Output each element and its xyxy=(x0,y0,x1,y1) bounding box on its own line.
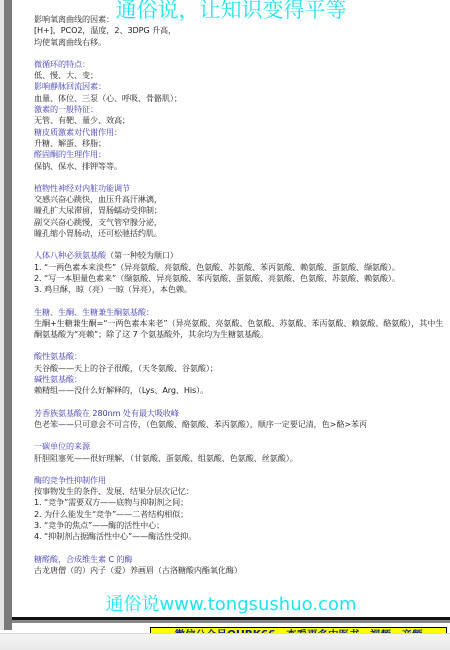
text-line: 3. “竞争的焦点”——酶的活性中心； xyxy=(34,520,444,531)
text-line: 影响氧离曲线的因素： xyxy=(34,14,444,25)
text-line: 副交兴奋心跳慢，支气管窄腺分泌， xyxy=(34,217,444,228)
heading-note: （第一种较为顺口） xyxy=(106,250,178,260)
text-line: 均使氧离曲线右移。 xyxy=(34,37,444,48)
text-line: 1. “一两色素本来淡些”（异亮氨酸、亮氨酸、色氨酸、苏氨酸、苯丙氨酸、赖氨酸、… xyxy=(34,262,444,273)
section-heading: 酸性氨基酸： xyxy=(34,351,444,362)
text-line: 瞳孔缩小胃肠动，还可松驰括约肌。 xyxy=(34,228,444,239)
section-heading: 激素的一般特征： xyxy=(34,104,444,115)
text-line: 按事物发生的条件、发展、结果分层次记忆： xyxy=(34,486,444,497)
viewer-bottom-bar xyxy=(0,633,450,650)
text-line: 色老笨——只可意会不可言传，（色氨酸、酪氨酸、苯丙氨酸），顺序一定要记清，色>酪… xyxy=(34,419,444,430)
text-line: 升糖、解蛋、移脂； xyxy=(34,138,444,149)
spacer xyxy=(34,464,444,475)
text-line: 2. “写一本胆量色素来”（缬氨酸、异亮氨酸、苯丙氨酸、蛋氨酸、亮氨酸、色氨酸、… xyxy=(34,273,444,284)
text-paragraph: 生酮+生糖兼生酮=“一两色素本来老”（异亮氨酸、亮氨酸、色氨酸、苏氨酸、苯丙氨酸… xyxy=(34,318,444,341)
spacer xyxy=(34,48,444,59)
spacer xyxy=(34,239,444,250)
section-heading: 生糖、生酮、生糖兼生酮氨基酸： xyxy=(34,307,444,318)
section-heading: 人体八种必须氨基酸 xyxy=(34,250,106,260)
section-heading: 碱性氨基酸： xyxy=(34,374,444,385)
section-heading-row: 人体八种必须氨基酸（第一种较为顺口） xyxy=(34,250,444,261)
text-line: 保钠、保水、排钾等等。 xyxy=(34,161,444,172)
spacer xyxy=(34,430,444,441)
text-line: 肝胆阻塞死——很好理解，（甘氨酸、蛋氨酸、组氨酸、色氨酸、丝氨酸）。 xyxy=(34,453,444,464)
text-line: 血量、体位、三泵（心、呼吸、骨骼肌）； xyxy=(34,93,444,104)
spacer xyxy=(34,340,444,351)
document-page: 通俗说，让知识变得平等 影响氧离曲线的因素： [H+]，PCO2，温度，2、3D… xyxy=(12,0,450,618)
text-line: [H+]，PCO2，温度，2、3DPG 升高， xyxy=(34,25,444,36)
spacer xyxy=(34,296,444,307)
text-line: 3. 鸡旦酥，晾（亮）一晾（异亮），本色赖。 xyxy=(34,284,444,295)
section-heading: 酶的竞争性抑制作用 xyxy=(34,475,444,486)
section-heading: 微循环的特点： xyxy=(34,59,444,70)
text-line: 瞳孔扩大尿滞留，胃肠蠕动受抑制； xyxy=(34,205,444,216)
section-heading: 糖醛酸，合成维生素 C 的酶 xyxy=(34,554,444,565)
spacer xyxy=(34,397,444,408)
section-heading: 植物性神经对内脏功能调节 xyxy=(34,183,444,194)
page-content: 影响氧离曲线的因素： [H+]，PCO2，温度，2、3DPG 升高， 均使氧离曲… xyxy=(34,14,444,576)
spacer xyxy=(34,543,444,554)
text-line: 1. “竞争”需要双方——底物与抑制剂之间； xyxy=(34,497,444,508)
text-line: 天谷酸——天上的谷子很酸，（天冬氨酸、谷氨酸）； xyxy=(34,363,444,374)
spacer xyxy=(34,172,444,183)
section-heading: 一碳单位的来源 xyxy=(34,441,444,452)
section-heading: 糖皮质激素对代谢作用： xyxy=(34,127,444,138)
page-left-border xyxy=(4,0,12,630)
text-line: 2. 为什么能发生“竞争”——二者结构相似； xyxy=(34,509,444,520)
section-heading: 影响静脉回流因素： xyxy=(34,81,444,92)
watermark-bottom: 通俗说www.tongsushuo.com xyxy=(12,590,450,616)
text-line: 无管、有靶、量少、效高； xyxy=(34,115,444,126)
text-line: 赖精组——没什么好解释的，（Lys、Arg、His）。 xyxy=(34,385,444,396)
text-line: 4. “抑制剂占据酶活性中心”——酶活性受抑。 xyxy=(34,531,444,542)
text-line: 交感兴奋心跳快，血压升高汗淋漓， xyxy=(34,194,444,205)
text-line: 古龙唐僧（的）内子（爱）养画眉（古洛糖酸内酯氧化酶） xyxy=(34,565,444,576)
section-heading: 芳香族氨基酸在 280nm 处有最大吸收峰 xyxy=(34,408,444,419)
text-line: 低、慢、大、变； xyxy=(34,70,444,81)
section-heading: 醛固酮的生理作用： xyxy=(34,149,444,160)
